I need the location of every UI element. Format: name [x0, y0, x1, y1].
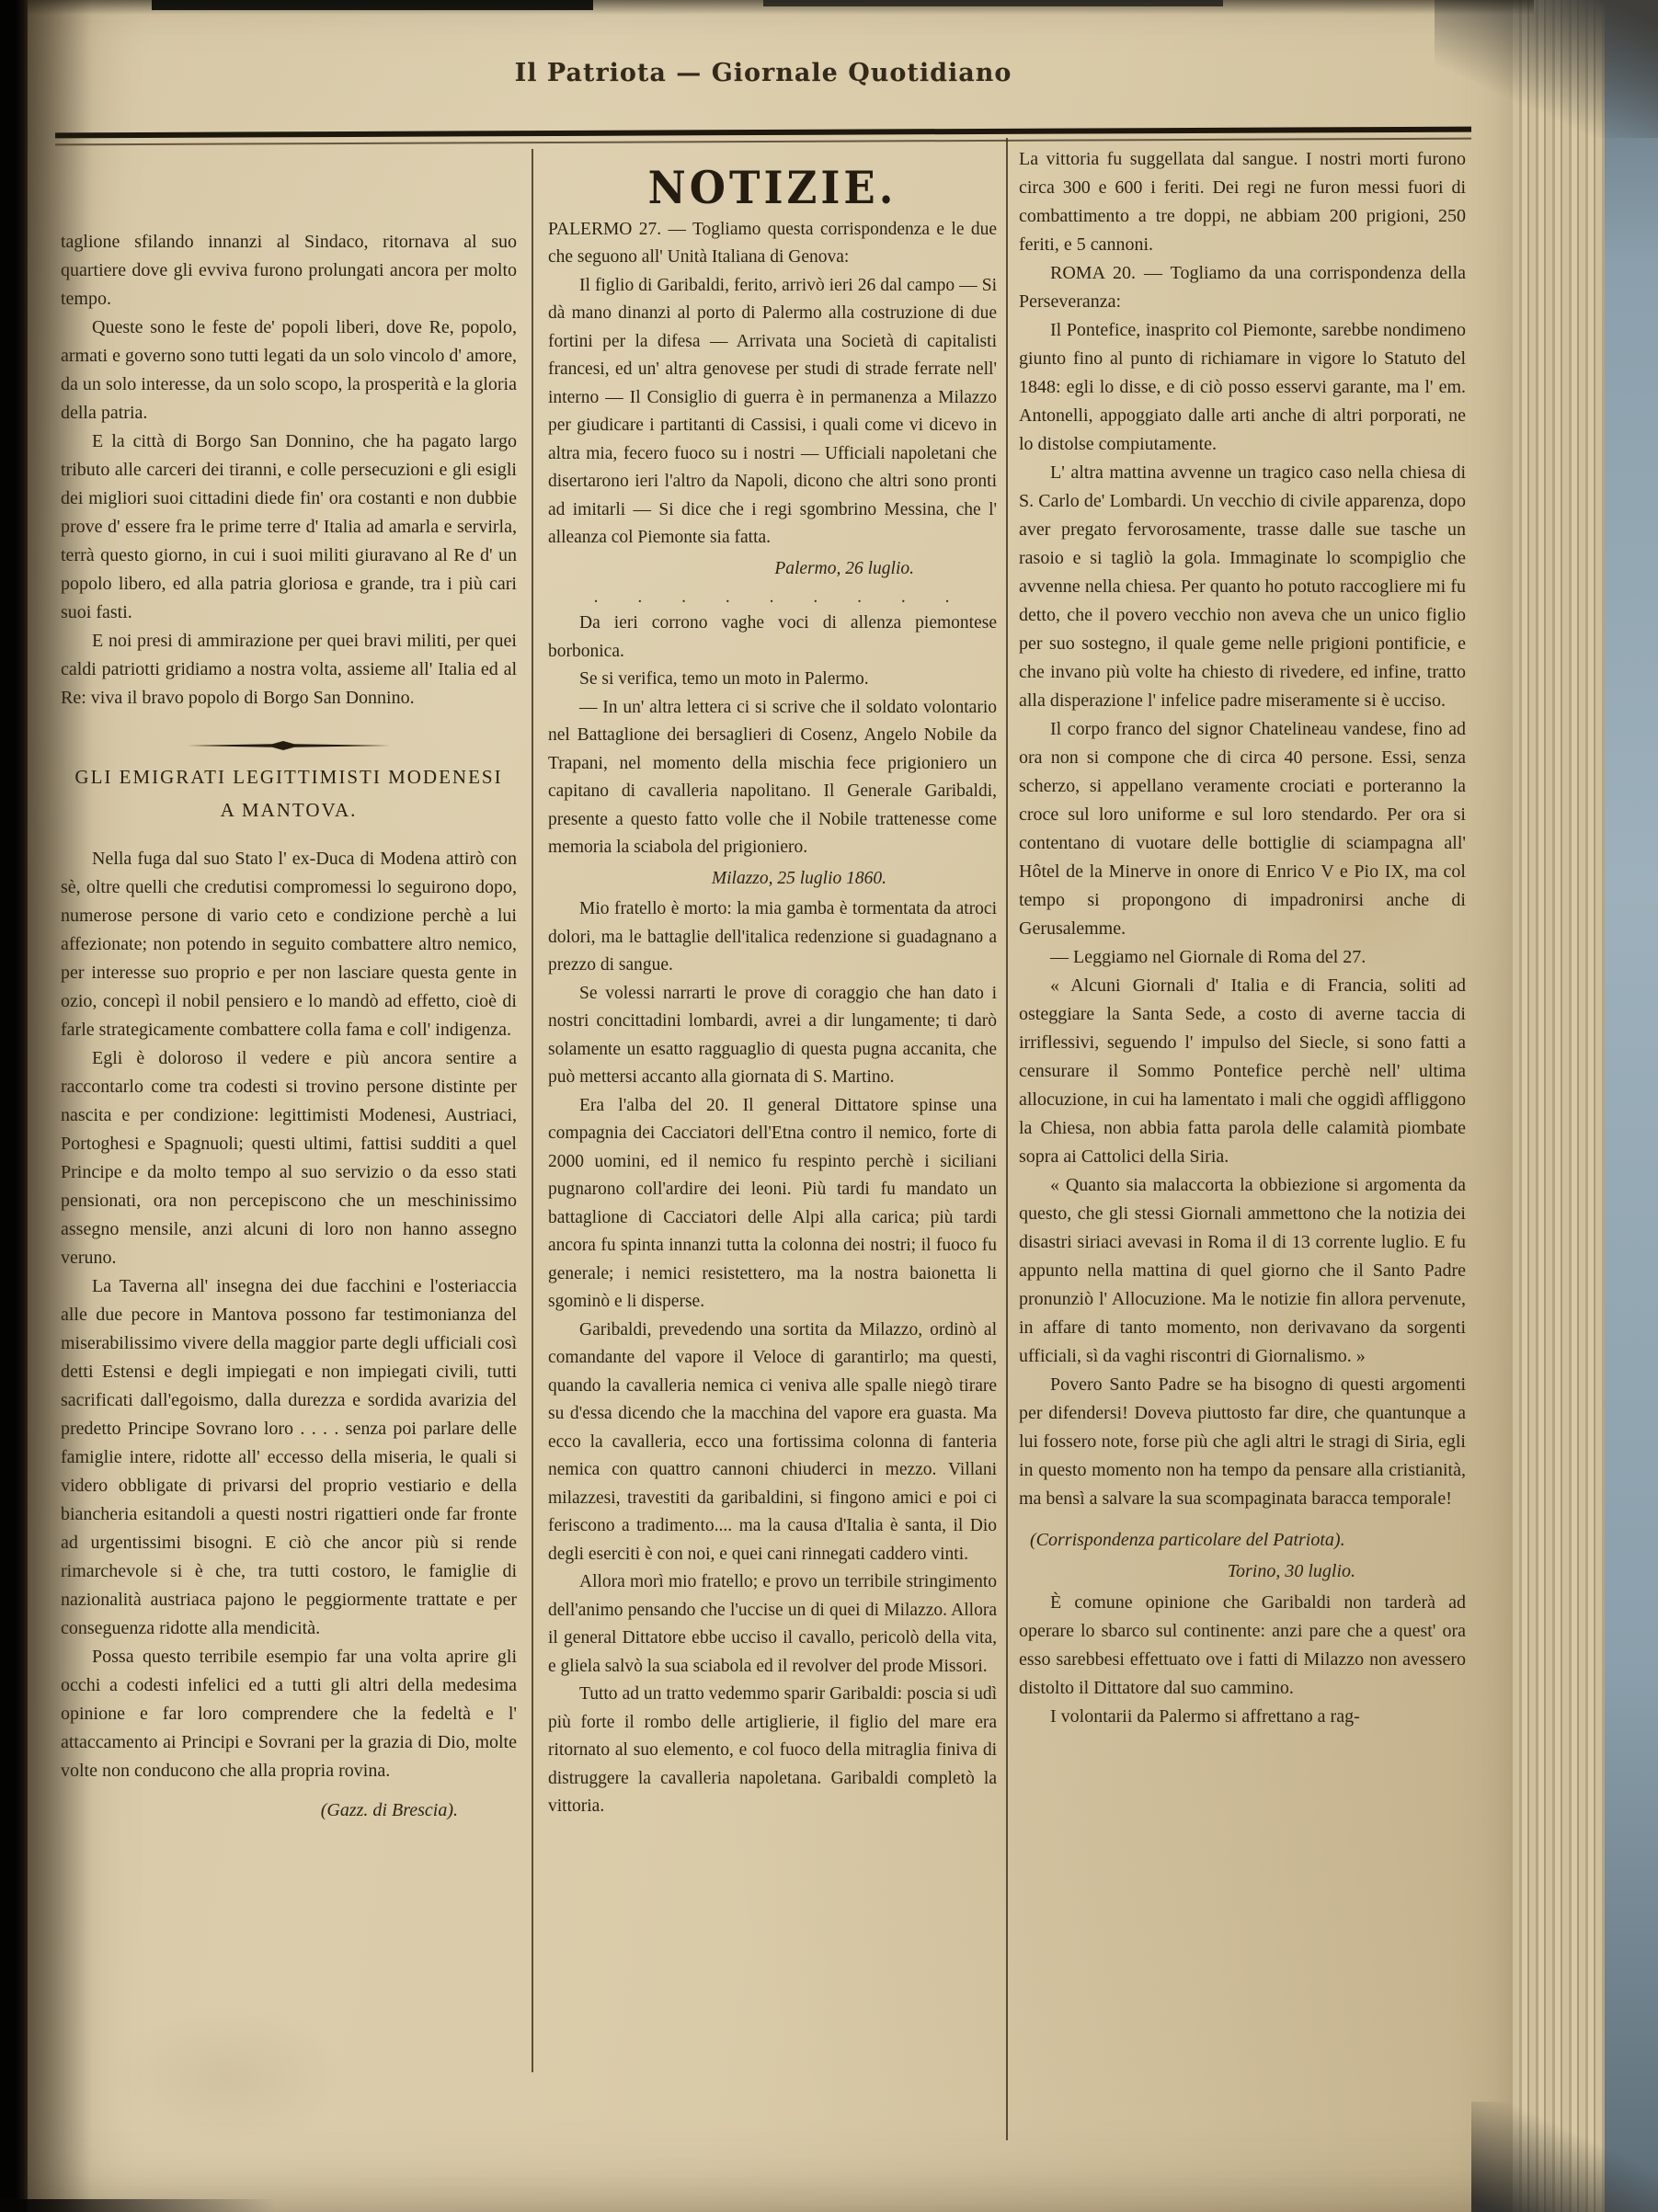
article-paragraph: Il figlio di Garibaldi, ferito, arrivò i…: [548, 272, 997, 553]
column-left: taglione sfilando innanzi al Sindaco, ri…: [61, 228, 517, 1825]
dateline: Palermo, 26 luglio.: [548, 555, 997, 584]
article-paragraph: ROMA 20. — Togliamo da una corrispondenz…: [1019, 259, 1466, 316]
article-paragraph: L' altra mattina avvenne un tragico caso…: [1019, 459, 1466, 715]
article-paragraph: La vittoria fu suggellata dal sangue. I …: [1019, 145, 1466, 259]
book-binding: [0, 0, 28, 2212]
top-edge-dark-bar: [763, 0, 1223, 6]
article-paragraph: Da ieri corrono vaghe voci di allenza pi…: [548, 610, 997, 666]
section-title-notizie: NOTIZIE.: [548, 174, 997, 204]
article-title-line1: GLI EMIGRATI LEGITTIMISTI MODENESI: [61, 760, 517, 793]
column-middle: NOTIZIE. PALERMO 27. — Togliamo questa c…: [548, 175, 997, 1821]
article-paragraph: Nella fuga dal suo Stato l' ex-Duca di M…: [61, 845, 517, 1044]
book-cover-edge: [1605, 0, 1658, 2212]
article-paragraph: Queste sono le feste de' popoli liberi, …: [61, 314, 517, 428]
article-paragraph: E noi presi di ammirazione per quei brav…: [61, 627, 517, 713]
scan-shadow-bottom-right: [1471, 2102, 1658, 2212]
dateline: Milazzo, 25 luglio 1860.: [548, 865, 997, 894]
column-divider-right: [1006, 138, 1008, 2140]
dateline: Torino, 30 luglio.: [1019, 1557, 1466, 1586]
article-paragraph: Mio fratello è morto: la mia gamba è tor…: [548, 895, 997, 980]
article-paragraph: Garibaldi, prevedendo una sortita da Mil…: [548, 1317, 997, 1569]
article-paragraph: Egli è doloroso il vedere e più ancora s…: [61, 1044, 517, 1272]
article-title-line2: A MANTOVA.: [61, 793, 517, 827]
article-paragraph: Povero Santo Padre se ha bisogno di ques…: [1019, 1371, 1466, 1513]
article-paragraph: La Taverna all' insegna dei due facchini…: [61, 1272, 517, 1643]
article-paragraph: « Quanto sia malaccorta la obbiezione si…: [1019, 1171, 1466, 1371]
column-right: La vittoria fu suggellata dal sangue. I …: [1019, 145, 1466, 1731]
article-paragraph: Se volessi narrarti le prove di coraggio…: [548, 980, 997, 1092]
article-paragraph: PALERMO 27. — Togliamo questa corrispond…: [548, 216, 997, 272]
article-paragraph: Possa questo terribile esempio far una v…: [61, 1643, 517, 1785]
top-edge-dark-bar: [152, 0, 593, 10]
article-paragraph: I volontarii da Palermo si affrettano a …: [1019, 1703, 1466, 1731]
article-paragraph: È comune opinione che Garibaldi non tard…: [1019, 1589, 1466, 1703]
bottom-left-shadow: [0, 2199, 276, 2212]
article-paragraph: Il corpo franco del signor Chatelineau v…: [1019, 715, 1466, 943]
article-paragraph: Tutto ad un tratto vedemmo sparir Gariba…: [548, 1681, 997, 1821]
ornament-divider-icon: [61, 740, 517, 751]
column-divider-left: [532, 149, 533, 2072]
article-paragraph: « Alcuni Giornali d' Italia e di Francia…: [1019, 972, 1466, 1171]
article-paragraph: E la città di Borgo San Donnino, che ha …: [61, 428, 517, 627]
masthead-title: Il Patriota — Giornale Quotidiano: [64, 59, 1462, 87]
scan-shadow-top-right: [1435, 0, 1658, 138]
dotted-separator: . . . . . . . . .: [548, 586, 997, 610]
article-paragraph: Allora morì mio fratello; e provo un ter…: [548, 1568, 997, 1681]
newspaper-scan: Il Patriota — Giornale Quotidiano taglio…: [0, 0, 1658, 2212]
article-paragraph: Il Pontefice, inasprito col Piemonte, sa…: [1019, 316, 1466, 459]
article-paragraph: Se si verifica, temo un moto in Palermo.: [548, 666, 997, 694]
source-attribution: (Corrispondenza particolare del Patriota…: [1019, 1526, 1466, 1555]
article-paragraph: — Leggiamo nel Giornale di Roma del 27.: [1019, 943, 1466, 972]
article-paragraph: Era l'alba del 20. Il general Dittatore …: [548, 1092, 997, 1317]
source-attribution: (Gazz. di Brescia).: [61, 1796, 517, 1825]
article-paragraph: taglione sfilando innanzi al Sindaco, ri…: [61, 228, 517, 314]
page-edges: [1513, 0, 1605, 2212]
article-paragraph: — In un' altra lettera ci si scrive che …: [548, 694, 997, 862]
